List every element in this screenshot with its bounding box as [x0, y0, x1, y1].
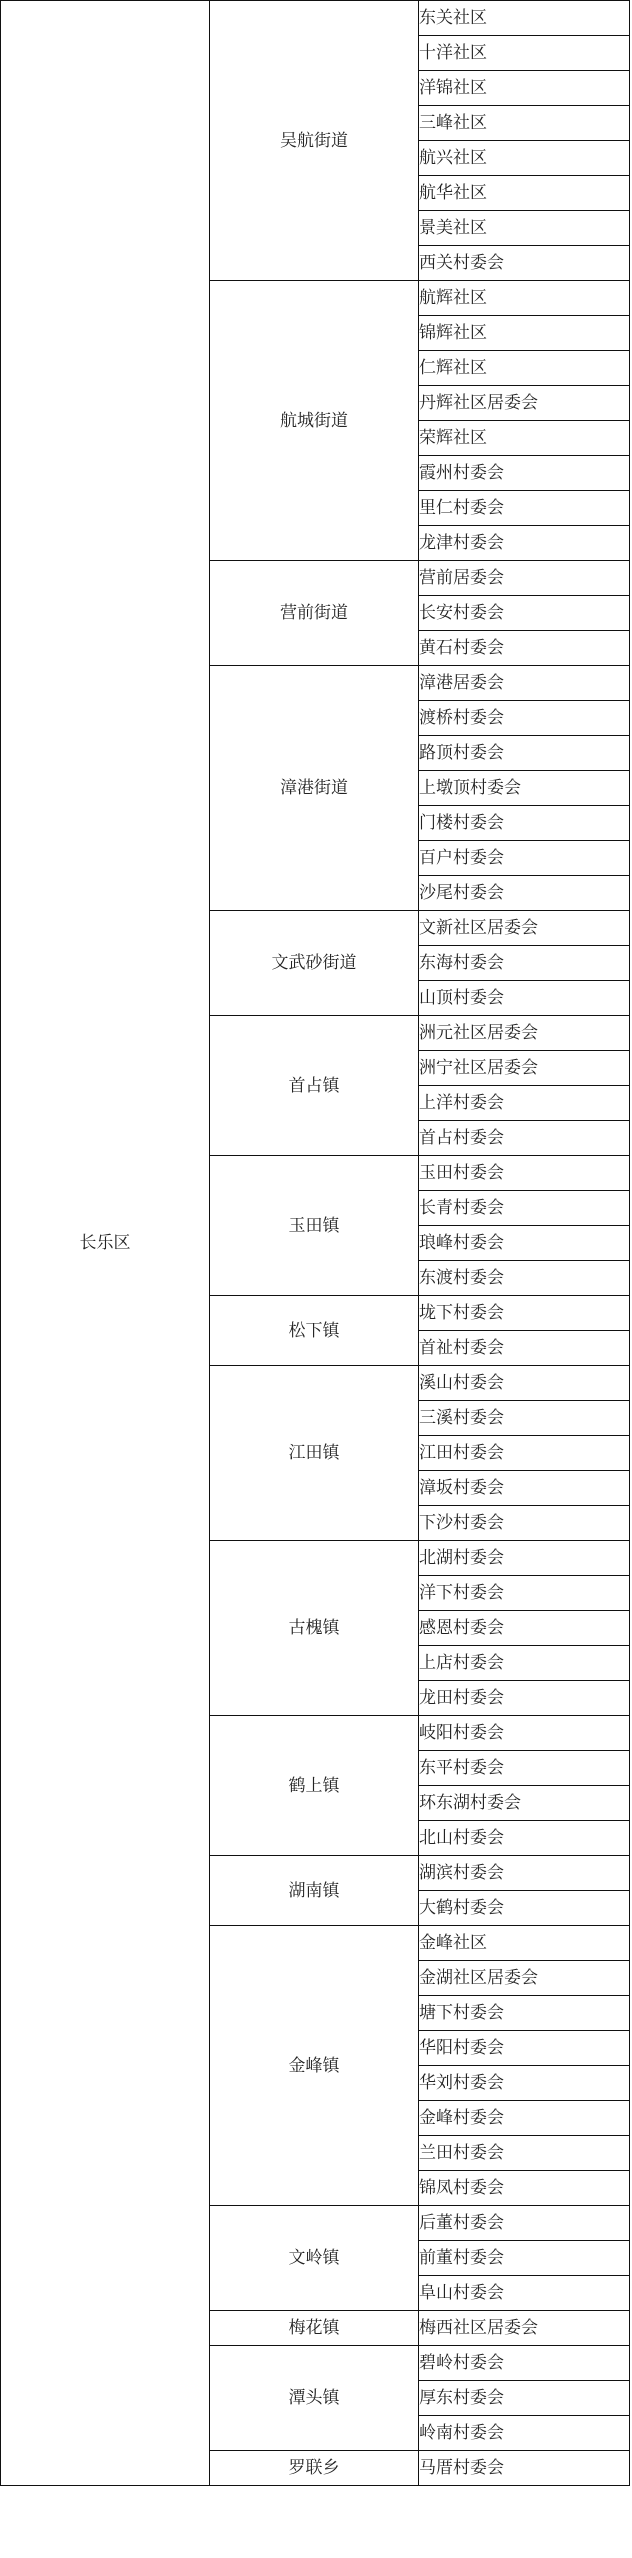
town-cell: 江田镇: [210, 1366, 419, 1541]
town-cell: 金峰镇: [210, 1926, 419, 2206]
community-cell: 大鹤村委会: [419, 1891, 630, 1926]
community-cell: 兰田村委会: [419, 2136, 630, 2171]
community-cell: 东平村委会: [419, 1751, 630, 1786]
community-cell: 长青村委会: [419, 1191, 630, 1226]
community-cell: 渡桥村委会: [419, 701, 630, 736]
community-cell: 首祉村委会: [419, 1331, 630, 1366]
community-cell: 东海村委会: [419, 946, 630, 981]
community-cell: 马厝村委会: [419, 2451, 630, 2486]
community-cell: 洲元社区居委会: [419, 1016, 630, 1051]
community-cell: 琅峰村委会: [419, 1226, 630, 1261]
town-cell: 潭头镇: [210, 2346, 419, 2451]
town-cell: 航城街道: [210, 281, 419, 561]
community-cell: 长安村委会: [419, 596, 630, 631]
community-cell: 三溪村委会: [419, 1401, 630, 1436]
community-cell: 前董村委会: [419, 2241, 630, 2276]
community-cell: 龙津村委会: [419, 526, 630, 561]
community-cell: 华刘村委会: [419, 2066, 630, 2101]
town-cell: 文武砂街道: [210, 911, 419, 1016]
community-cell: 感恩村委会: [419, 1611, 630, 1646]
community-cell: 洋锦社区: [419, 71, 630, 106]
community-cell: 上洋村委会: [419, 1086, 630, 1121]
town-cell: 玉田镇: [210, 1156, 419, 1296]
community-cell: 黄石村委会: [419, 631, 630, 666]
community-cell: 荣辉社区: [419, 421, 630, 456]
community-cell: 华阳村委会: [419, 2031, 630, 2066]
table-body: 长乐区吴航街道东关社区十洋社区洋锦社区三峰社区航兴社区航华社区景美社区西关村委会…: [1, 1, 630, 2486]
community-cell: 梅西社区居委会: [419, 2311, 630, 2346]
town-cell: 鹤上镇: [210, 1716, 419, 1856]
community-cell: 溪山村委会: [419, 1366, 630, 1401]
community-cell: 首占村委会: [419, 1121, 630, 1156]
town-cell: 首占镇: [210, 1016, 419, 1156]
community-cell: 门楼村委会: [419, 806, 630, 841]
community-cell: 锦凤村委会: [419, 2171, 630, 2206]
community-cell: 洋下村委会: [419, 1576, 630, 1611]
community-cell: 霞州村委会: [419, 456, 630, 491]
town-cell: 松下镇: [210, 1296, 419, 1366]
community-cell: 十洋社区: [419, 36, 630, 71]
community-cell: 东关社区: [419, 1, 630, 36]
community-cell: 龙田村委会: [419, 1681, 630, 1716]
town-cell: 古槐镇: [210, 1541, 419, 1716]
town-cell: 营前街道: [210, 561, 419, 666]
table-row: 长乐区吴航街道东关社区: [1, 1, 630, 36]
community-cell: 湖滨村委会: [419, 1856, 630, 1891]
community-cell: 北湖村委会: [419, 1541, 630, 1576]
community-cell: 航兴社区: [419, 141, 630, 176]
community-cell: 厚东村委会: [419, 2381, 630, 2416]
community-cell: 后董村委会: [419, 2206, 630, 2241]
community-cell: 洲宁社区居委会: [419, 1051, 630, 1086]
community-cell: 营前居委会: [419, 561, 630, 596]
community-cell: 金峰村委会: [419, 2101, 630, 2136]
community-cell: 路顶村委会: [419, 736, 630, 771]
community-cell: 里仁村委会: [419, 491, 630, 526]
community-cell: 漳港居委会: [419, 666, 630, 701]
district-cell: 长乐区: [1, 1, 210, 2486]
community-cell: 北山村委会: [419, 1821, 630, 1856]
community-cell: 金湖社区居委会: [419, 1961, 630, 1996]
community-cell: 上店村委会: [419, 1646, 630, 1681]
community-cell: 碧岭村委会: [419, 2346, 630, 2381]
community-cell: 上墩顶村委会: [419, 771, 630, 806]
town-cell: 漳港街道: [210, 666, 419, 911]
community-cell: 仁辉社区: [419, 351, 630, 386]
community-cell: 沙尾村委会: [419, 876, 630, 911]
community-cell: 岭南村委会: [419, 2416, 630, 2451]
town-cell: 罗联乡: [210, 2451, 419, 2486]
town-cell: 文岭镇: [210, 2206, 419, 2311]
community-cell: 江田村委会: [419, 1436, 630, 1471]
community-cell: 环东湖村委会: [419, 1786, 630, 1821]
community-cell: 丹辉社区居委会: [419, 386, 630, 421]
community-cell: 塘下村委会: [419, 1996, 630, 2031]
town-cell: 梅花镇: [210, 2311, 419, 2346]
town-cell: 湖南镇: [210, 1856, 419, 1926]
community-cell: 三峰社区: [419, 106, 630, 141]
community-cell: 山顶村委会: [419, 981, 630, 1016]
community-cell: 航华社区: [419, 176, 630, 211]
community-cell: 西关村委会: [419, 246, 630, 281]
community-cell: 航辉社区: [419, 281, 630, 316]
admin-division-table: 长乐区吴航街道东关社区十洋社区洋锦社区三峰社区航兴社区航华社区景美社区西关村委会…: [0, 0, 630, 2486]
community-cell: 锦辉社区: [419, 316, 630, 351]
community-cell: 下沙村委会: [419, 1506, 630, 1541]
community-cell: 文新社区居委会: [419, 911, 630, 946]
community-cell: 百户村委会: [419, 841, 630, 876]
town-cell: 吴航街道: [210, 1, 419, 281]
community-cell: 垅下村委会: [419, 1296, 630, 1331]
community-cell: 金峰社区: [419, 1926, 630, 1961]
community-cell: 景美社区: [419, 211, 630, 246]
community-cell: 阜山村委会: [419, 2276, 630, 2311]
community-cell: 玉田村委会: [419, 1156, 630, 1191]
community-cell: 东渡村委会: [419, 1261, 630, 1296]
community-cell: 岐阳村委会: [419, 1716, 630, 1751]
community-cell: 漳坂村委会: [419, 1471, 630, 1506]
